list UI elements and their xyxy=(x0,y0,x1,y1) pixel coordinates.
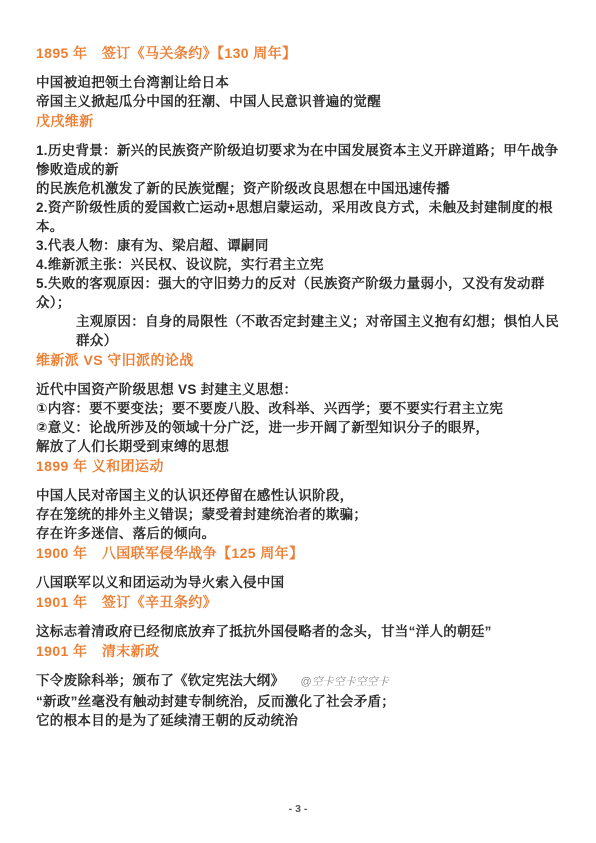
text-line: 解放了人们长期受到束缚的思想 xyxy=(36,437,568,456)
section-heading: 1901 年 清末新政 xyxy=(36,641,568,661)
section-heading: 1901 年 签订《辛丑条约》 xyxy=(36,592,568,612)
text-line: 近代中国资产阶级思想 VS 封建主义思想： xyxy=(36,380,568,399)
text-line: 中国被迫把领土台湾割让给日本 xyxy=(36,73,568,92)
text-line: 它的根本目的是为了延续清王朝的反动统治 xyxy=(36,711,568,730)
text-line: “新政”丝毫没有触动封建专制统治，反而激化了社会矛盾； xyxy=(36,692,568,711)
text-line: 帝国主义掀起瓜分中国的狂潮、中国人民意识普遍的觉醒 xyxy=(36,92,568,111)
text-line: 这标志着清政府已经彻底放弃了抵抗外国侵略者的念头，甘当“洋人的朝廷” xyxy=(36,622,568,641)
text-line: 4.维新派主张：兴民权、设议院，实行君主立宪 xyxy=(36,255,568,274)
text-line: 3.代表人物：康有为、梁启超、谭嗣同 xyxy=(36,236,568,255)
section-heading: 1899 年 义和团运动 xyxy=(36,456,568,476)
document-page: 1895 年 签订《马关条约》【130 周年】 中国被迫把领土台湾割让给日本 帝… xyxy=(0,0,596,843)
section-1895-treaty: 1895 年 签订《马关条约》【130 周年】 中国被迫把领土台湾割让给日本 帝… xyxy=(36,43,568,111)
text-line: 存在笼统的排外主义错误；蒙受着封建统治者的欺骗； xyxy=(36,505,568,524)
section-1899-boxer-movement: 1899 年 义和团运动 中国人民对帝国主义的认识还停留在感性认识阶段， 存在笼… xyxy=(36,456,568,543)
section-wuxu-reform: 戊戌维新 1.历史背景：新兴的民族资产阶级迫切要求为在中国发展资本主义开辟道路；… xyxy=(36,111,568,350)
section-reformers-vs-conservatives: 维新派 VS 守旧派的论战 近代中国资产阶级思想 VS 封建主义思想： ①内容：… xyxy=(36,350,568,456)
text-line: 的民族危机激发了新的民族觉醒；资产阶级改良思想在中国迅速传播 xyxy=(36,179,568,198)
section-1901-late-qing-reform: 1901 年 清末新政 下令废除科举；颁布了《钦定宪法大纲》@空卡空卡空空卡 “… xyxy=(36,641,568,730)
text-line-with-watermark: 下令废除科举；颁布了《钦定宪法大纲》@空卡空卡空空卡 xyxy=(36,671,568,692)
section-1901-xinchou-treaty: 1901 年 签订《辛丑条约》 这标志着清政府已经彻底放弃了抵抗外国侵略者的念头… xyxy=(36,592,568,641)
section-heading: 1900 年 八国联军侵华战争【125 周年】 xyxy=(36,543,568,563)
text-line: ②意义：论战所涉及的领域十分广泛，进一步开阔了新型知识分子的眼界， xyxy=(36,418,568,437)
text-line-indented: 主观原因：自身的局限性（不敢否定封建主义；对帝国主义抱有幻想；惧怕人民群众） xyxy=(36,312,568,350)
text-line: 1.历史背景：新兴的民族资产阶级迫切要求为在中国发展资本主义开辟道路；甲午战争惨… xyxy=(36,141,568,179)
text-line: 下令废除科举；颁布了《钦定宪法大纲》 xyxy=(36,673,284,688)
section-heading: 维新派 VS 守旧派的论战 xyxy=(36,350,568,370)
text-line: 中国人民对帝国主义的认识还停留在感性认识阶段， xyxy=(36,486,568,505)
section-heading: 1895 年 签订《马关条约》【130 周年】 xyxy=(36,43,568,63)
text-line: ①内容：要不要变法；要不要废八股、改科举、兴西学；要不要实行君主立宪 xyxy=(36,399,568,418)
text-line: 八国联军以义和团运动为导火索入侵中国 xyxy=(36,573,568,592)
text-line: 存在许多迷信、落后的倾向。 xyxy=(36,524,568,543)
section-heading: 戊戌维新 xyxy=(36,111,568,131)
text-line: 5.失败的客观原因：强大的守旧势力的反对（民族资产阶级力量弱小，又没有发动群众）… xyxy=(36,274,568,312)
page-number: - 3 - xyxy=(0,803,596,815)
section-1900-eight-nation-alliance: 1900 年 八国联军侵华战争【125 周年】 八国联军以义和团运动为导火索入侵… xyxy=(36,543,568,592)
text-line: 2.资产阶级性质的爱国救亡运动+思想启蒙运动，采用改良方式，未触及封建制度的根本… xyxy=(36,198,568,236)
watermark-text: @空卡空卡空空卡 xyxy=(300,676,388,688)
